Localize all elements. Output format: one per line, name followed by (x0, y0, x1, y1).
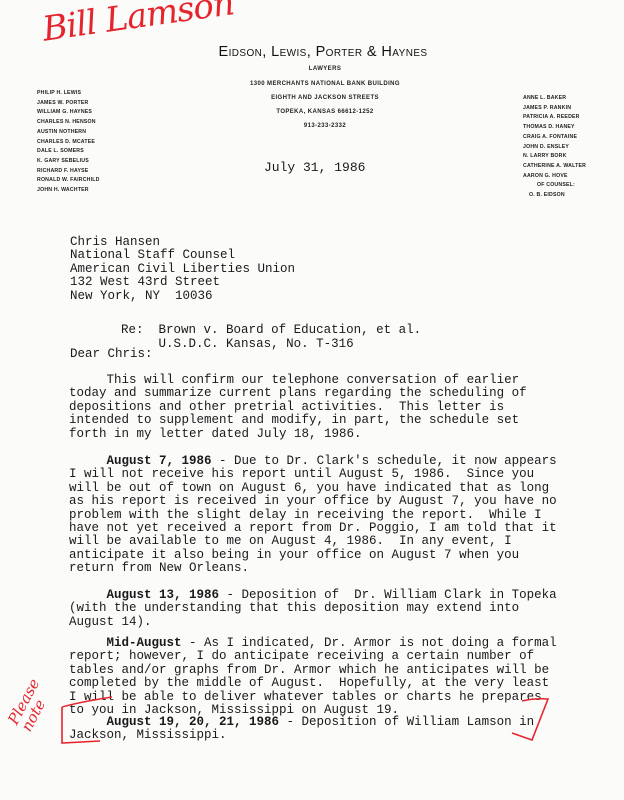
right-check-bracket-icon (512, 699, 548, 740)
left-bracket-icon (62, 707, 100, 743)
red-bracket-marks (0, 0, 624, 800)
